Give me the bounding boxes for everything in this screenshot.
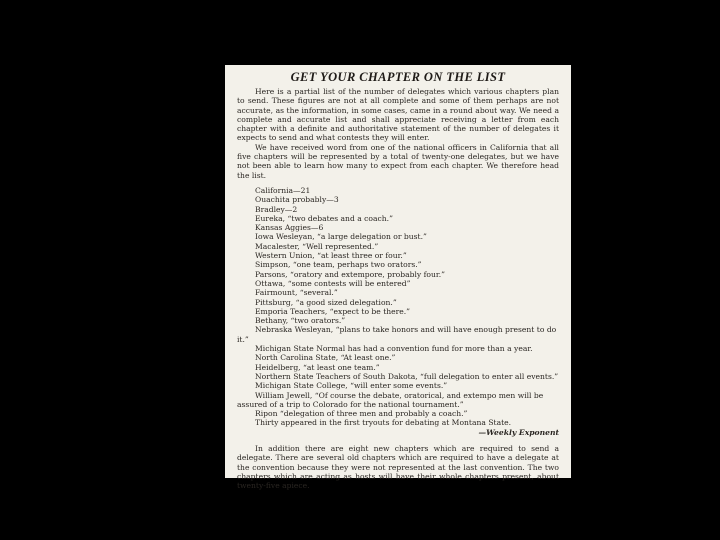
list-item: Simpson, “one team, perhaps two orators.… — [237, 260, 559, 269]
closing-paragraph: In addition there are eight new chapters… — [237, 444, 559, 490]
list-item: Bethany, “two orators.” — [237, 316, 559, 325]
list-item: Fairmount, “several.” — [237, 288, 559, 297]
intro-paragraph: Here is a partial list of the number of … — [237, 87, 559, 143]
list-item: Michigan State College, “will enter some… — [237, 381, 559, 390]
list-item: North Carolina State, “At least one.” — [237, 353, 559, 362]
list-item: William Jewell, “Of course the debate, o… — [237, 391, 559, 410]
list-item: Pittsburg, “a good sized delegation.” — [237, 298, 559, 307]
list-item: Macalester, “Well represented.” — [237, 242, 559, 251]
list-item: Kansas Aggies—6 — [237, 223, 559, 232]
list-item: Nebraska Wesleyan, “plans to take honors… — [237, 325, 559, 344]
source-attribution: —Weekly Exponent — [237, 428, 559, 437]
list-item: Thirty appeared in the first tryouts for… — [237, 418, 559, 427]
list-item: California—21 — [237, 186, 559, 195]
list-item: Western Union, “at least three or four.” — [237, 251, 559, 260]
list-item: Northern State Teachers of South Dakota,… — [237, 372, 559, 381]
document-page: GET YOUR CHAPTER ON THE LIST Here is a p… — [225, 65, 571, 478]
article-title: GET YOUR CHAPTER ON THE LIST — [237, 70, 559, 84]
list-item: Ottawa, “some contests will be entered” — [237, 279, 559, 288]
list-item: Emporia Teachers, “expect to be there.” — [237, 307, 559, 316]
list-item: Parsons, “oratory and extempore, probabl… — [237, 270, 559, 279]
delegate-list: California—21Ouachita probably—3Bradley—… — [237, 186, 559, 428]
list-item: Bradley—2 — [237, 205, 559, 214]
list-item: Iowa Wesleyan, “a large delegation or bu… — [237, 232, 559, 241]
list-item: Eureka, “two debates and a coach.” — [237, 214, 559, 223]
list-item: Ripon “delegation of three men and proba… — [237, 409, 559, 418]
california-paragraph: We have received word from one of the na… — [237, 143, 559, 180]
list-item: Ouachita probably—3 — [237, 195, 559, 204]
list-item: Michigan State Normal has had a conventi… — [237, 344, 559, 353]
list-item: Heidelberg, “at least one team.” — [237, 363, 559, 372]
